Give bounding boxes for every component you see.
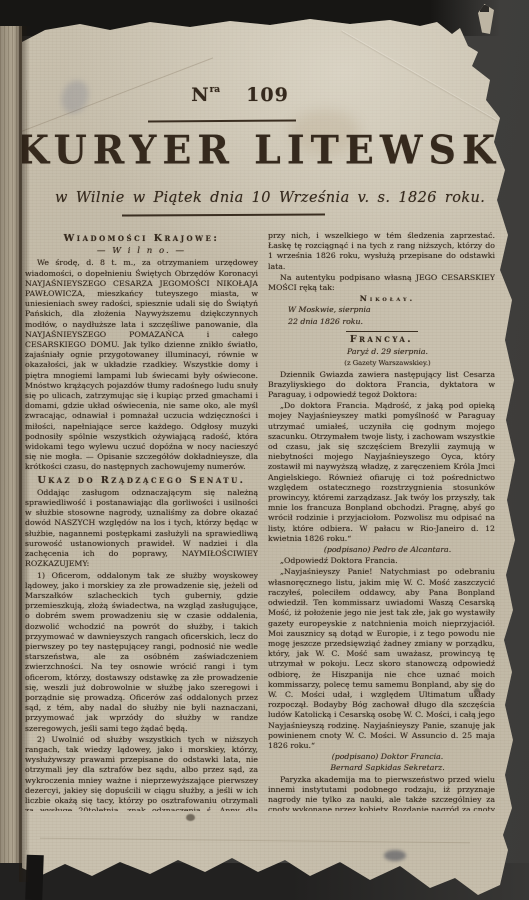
masthead-rule-thick [122,213,325,216]
body-paragraph: Paryzka akademija ma to pierwszeństwo pr… [268,775,495,811]
body-paragraph: „Nayjaśnieyszy Panie! Natychmiast po ode… [268,567,495,751]
section-heading-domestic-news: Wiadomości Krajowe: [25,234,258,244]
left-column: Wiadomości Krajowe: — W i l n o. — We śr… [25,231,258,811]
gutter-shadow [19,26,30,882]
body-paragraph: We środę, d. 8 t. m., za otrzymaniem urz… [25,258,258,472]
body-paragraph: „Do doktora Francia. Mądrość, z jaką pod… [268,401,495,544]
paper-crease [40,838,470,844]
paris-dateline: Paryż d. 29 sierpnia. [268,347,495,357]
signature-secretary: Bernard Sapkidas Sekretarz. [268,763,495,773]
body-paragraph: 2) Uwolnić od służby wszystkich tych w n… [25,735,258,811]
ink-stain [384,850,406,861]
body-paragraph: „Odpowiedź Doktora Francia. [268,556,495,566]
masthead-dateline: w Wilnie w Piątek dnia 10 Września v. s.… [55,190,485,206]
right-column: przy nich, i wszelkiego w tém śledzenia … [268,231,495,811]
place-date-line: W Moskwie, sierpnia [268,305,495,315]
section-heading-france: Francya. [268,335,495,345]
body-paragraph: przy nich, i wszelkiego w tém śledzenia … [268,231,495,272]
source-note: (z Gazety Warszawskiey.) [268,358,495,368]
scan-background: Nra109 KURYER LITEWSKI w Wilnie w Piątek… [0,0,529,900]
section-divider-rule [346,331,418,332]
issue-number: Nra109 [30,84,450,106]
subheading-wilno: — W i l n o. — [25,246,258,256]
body-paragraph: Oddając zasługom odznaczającym się należ… [25,488,258,570]
signature-pedro: (podpisano) Pedro de Alcantara. [268,545,495,555]
signature-nikolay: Nikołay. [268,294,495,304]
issue-superscript: ra [210,85,221,95]
body-paragraph: 1) Oficerom, oddalonym tak ze służby woy… [25,571,258,734]
signature-francia: (podpisano) Doktor Francia. [268,752,495,762]
section-heading-ukaz: Ukaz do Rządzącego Senatu. [25,476,258,486]
ink-stain [186,814,195,821]
body-paragraph: Dziennik Gwiazda zawiera następujący lis… [268,370,495,401]
issue-prefix: N [191,84,209,106]
masthead-rule [148,119,296,122]
newspaper-page: Nra109 KURYER LITEWSKI w Wilnie w Piątek… [0,0,529,900]
paper-crease [342,30,498,121]
place-date-line: 22 dnia 1826 roku. [268,317,495,327]
issue-numeral: 109 [246,84,289,106]
newspaper-title: KURYER LITEWSKI [16,126,478,173]
article-columns: Wiadomości Krajowe: — W i l n o. — We śr… [25,231,495,811]
body-paragraph: Na autentyku podpisano własną JEGO CESAR… [268,273,495,293]
